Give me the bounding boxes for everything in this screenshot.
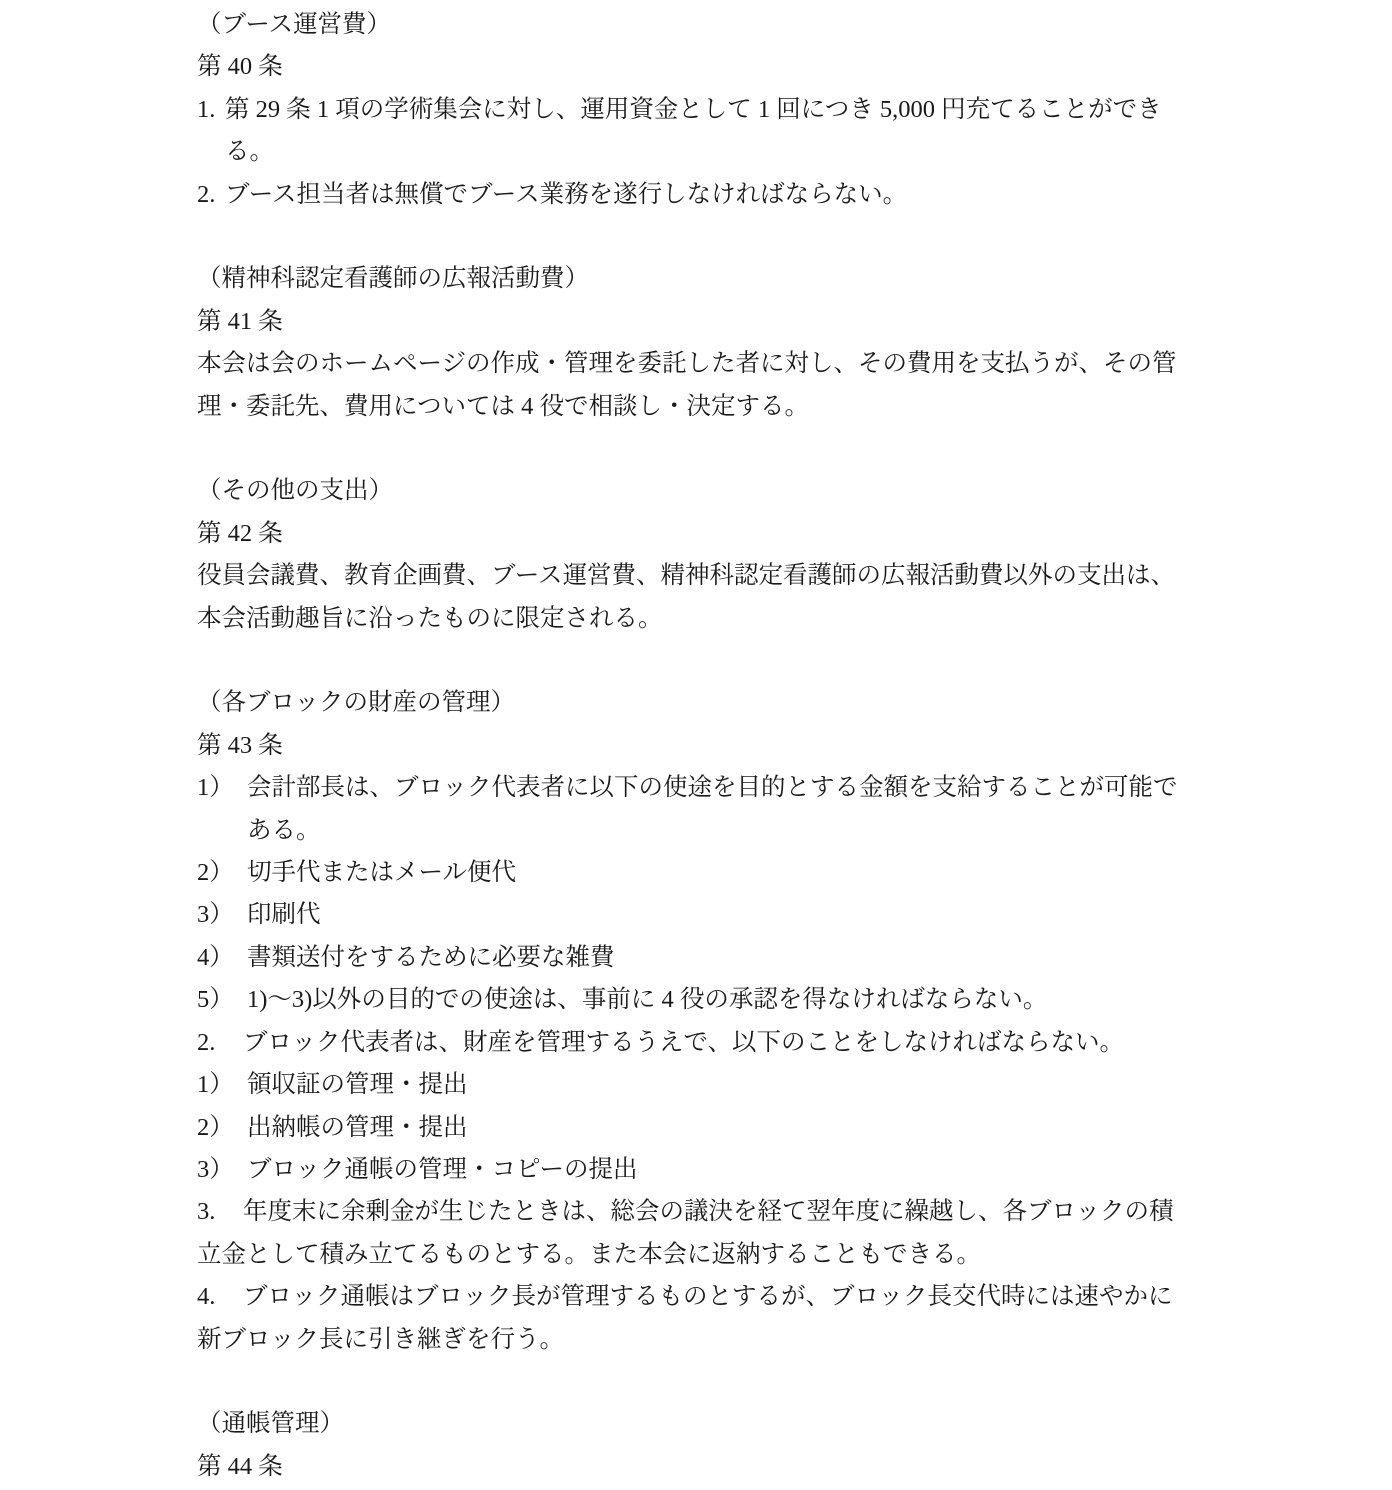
item-marker: 1） [197, 767, 247, 809]
list-item: 2）切手代またはメール便代 [197, 852, 1189, 894]
item-marker: 4. [197, 1276, 243, 1318]
document-page: （ブース運営費）第 40 条1.第 29 条 1 項の学術集会に対し、運用資金と… [0, 0, 1392, 1490]
paragraph: 役員会議費、教育企画費、ブース運営費、精神科認定看護師の広報活動費以外の支出は、… [197, 555, 1189, 640]
blank-line [197, 640, 1189, 682]
item-marker: 2. [197, 174, 225, 216]
item-text: ブロック通帳の管理・コピーの提出 [247, 1156, 638, 1183]
item-text: 領収証の管理・提出 [247, 1071, 468, 1098]
list-item: 1）会計部長は、ブロック代表者に以下の使途を目的とする金額を支給することが可能で… [197, 767, 1189, 852]
section-heading: （通帳管理） [197, 1403, 1189, 1445]
item-text: 切手代またはメール便代 [247, 859, 516, 886]
list-item: 1.第 29 条 1 項の学術集会に対し、運用資金として 1 回につき 5,00… [197, 89, 1189, 174]
item-text: 年度末に余剰金が生じたときは、総会の議決を経て翌年度に繰越し、各ブロックの積立金… [197, 1198, 1174, 1267]
list-item: 5）1)～3)以外の目的での使途は、事前に 4 役の承認を得なければならない。 [197, 979, 1189, 1021]
article-number: 第 40 条 [197, 46, 1189, 88]
item-text: 会計部長は、ブロック代表者に以下の使途を目的とする金額を支給することが可能である… [247, 774, 1178, 843]
item-marker: 3） [197, 1149, 247, 1191]
list-item: 2.ブロック代表者は、財産を管理するうえで、以下のことをしなければならない。 [197, 1022, 1189, 1064]
item-marker: 1） [197, 1064, 247, 1106]
item-marker: 2. [197, 1022, 243, 1064]
list-item: 3.年度末に余剰金が生じたときは、総会の議決を経て翌年度に繰越し、各ブロックの積… [197, 1191, 1189, 1276]
list-item: 1）領収証の管理・提出 [197, 1064, 1189, 1106]
document-body: （ブース運営費）第 40 条1.第 29 条 1 項の学術集会に対し、運用資金と… [197, 4, 1189, 1488]
item-text: ブース担当者は無償でブース業務を遂行しなければならない。 [225, 181, 907, 208]
item-marker: 2） [197, 852, 247, 894]
list-item: 3）印刷代 [197, 894, 1189, 936]
list-item: 2）出納帳の管理・提出 [197, 1107, 1189, 1149]
item-marker: 1. [197, 89, 225, 131]
item-text: 第 29 条 1 項の学術集会に対し、運用資金として 1 回につき 5,000 … [225, 96, 1162, 165]
article-number: 第 44 条 [197, 1446, 1189, 1488]
item-marker: 3） [197, 894, 247, 936]
article-number: 第 43 条 [197, 725, 1189, 767]
item-marker: 3. [197, 1191, 243, 1233]
list-item: 4.ブロック通帳はブロック長が管理するものとするが、ブロック長交代時には速やかに… [197, 1276, 1189, 1361]
item-text: 1)～3)以外の目的での使途は、事前に 4 役の承認を得なければならない。 [247, 986, 1047, 1013]
item-text: ブロック通帳はブロック長が管理するものとするが、ブロック長交代時には速やかに新ブ… [197, 1283, 1173, 1352]
section-heading: （ブース運営費） [197, 4, 1189, 46]
section-heading: （精神科認定看護師の広報活動費） [197, 258, 1189, 300]
article-number: 第 42 条 [197, 513, 1189, 555]
item-text: ブロック代表者は、財産を管理するうえで、以下のことをしなければならない。 [243, 1029, 1124, 1056]
blank-line [197, 428, 1189, 470]
item-marker: 5） [197, 979, 247, 1021]
item-text: 書類送付をするために必要な雑費 [247, 944, 615, 971]
item-text: 出納帳の管理・提出 [247, 1114, 468, 1141]
section-heading: （その他の支出） [197, 470, 1189, 512]
section-heading: （各ブロックの財産の管理） [197, 682, 1189, 724]
item-marker: 4） [197, 937, 247, 979]
blank-line [197, 1361, 1189, 1403]
article-number: 第 41 条 [197, 301, 1189, 343]
paragraph: 本会は会のホームページの作成・管理を委託した者に対し、その費用を支払うが、その管… [197, 343, 1189, 428]
blank-line [197, 216, 1189, 258]
list-item: 2.ブース担当者は無償でブース業務を遂行しなければならない。 [197, 174, 1189, 216]
item-marker: 2） [197, 1107, 247, 1149]
list-item: 3）ブロック通帳の管理・コピーの提出 [197, 1149, 1189, 1191]
list-item: 4）書類送付をするために必要な雑費 [197, 937, 1189, 979]
item-text: 印刷代 [247, 901, 321, 928]
